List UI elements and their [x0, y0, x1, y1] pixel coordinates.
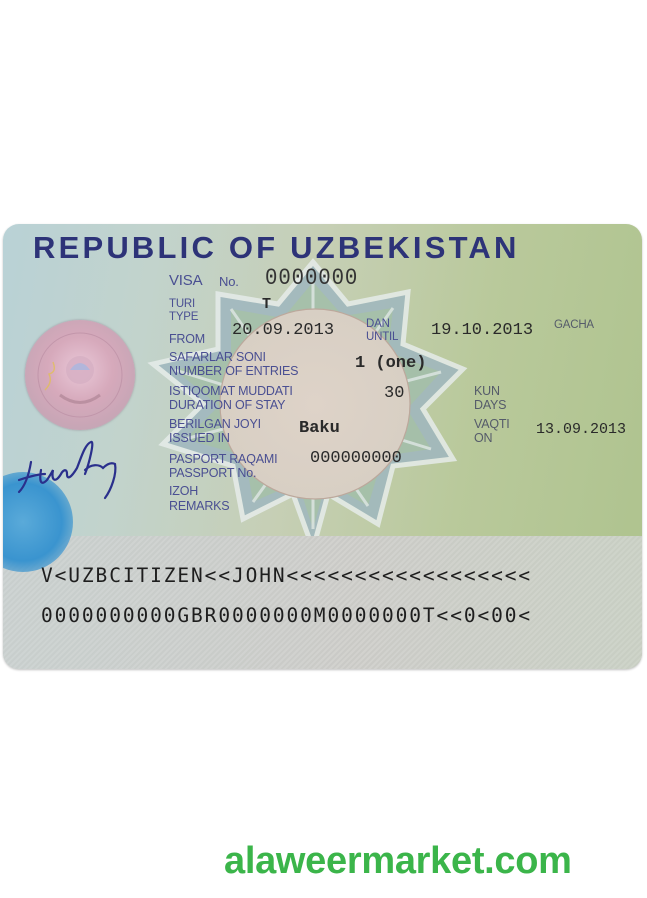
- passport-label-en: PASSPORT No.: [169, 466, 256, 480]
- visa-no-suffix: No.: [219, 275, 239, 289]
- visa-sticker: REPUBLIC OF UZBEKISTAN VISA No. 0000000 …: [3, 224, 642, 669]
- issued-in-value: Baku: [299, 419, 340, 438]
- entries-label-en: NUMBER OF ENTRIES: [169, 364, 298, 378]
- issued-in-label-en: ISSUED IN: [169, 431, 230, 445]
- duration-unit-en: DAYS: [474, 398, 506, 412]
- visa-number: 0000000: [265, 265, 358, 291]
- remarks-label-uz: IZOH: [169, 484, 198, 498]
- remarks-label-en: REMARKS: [169, 499, 229, 513]
- hologram-seal-icon: [25, 320, 135, 430]
- passport-label-uz: PASPORT RAQAMI: [169, 452, 277, 466]
- until-date: 19.10.2013: [431, 321, 533, 340]
- type-label-en: TYPE: [169, 310, 198, 324]
- duration-unit-uz: KUN: [474, 384, 500, 398]
- from-label: FROM: [169, 332, 205, 346]
- duration-label-uz: ISTIQOMAT MUDDATI: [169, 384, 293, 398]
- entries-label-uz: SAFARLAR SONI: [169, 350, 266, 364]
- entries-value: 1 (one): [355, 354, 426, 373]
- mrz-background: [3, 536, 642, 669]
- until-label-en: UNTIL: [366, 330, 398, 344]
- issued-on-label-uz: VAQTI: [474, 417, 510, 431]
- visa-no-label: VISA: [169, 274, 202, 288]
- issued-on-date: 13.09.2013: [536, 421, 626, 438]
- duration-label-en: DURATION OF STAY: [169, 398, 285, 412]
- country-title: REPUBLIC OF UZBEKISTAN: [33, 230, 520, 266]
- type-label-uz: TURI: [169, 297, 195, 311]
- from-date: 20.09.2013: [232, 321, 334, 340]
- duration-value: 30: [384, 384, 404, 403]
- until-label-uz: DAN: [366, 317, 390, 331]
- until-suffix: GACHA: [554, 318, 594, 332]
- watermark-text: alaweermarket.com: [224, 840, 572, 883]
- mrz-line-2: 0000000000GBR0000000M0000000T<<0<00<: [41, 604, 532, 627]
- issued-in-label-uz: BERILGAN JOYI: [169, 417, 261, 431]
- type-value: T: [262, 296, 271, 313]
- signature-icon: [11, 434, 151, 504]
- mrz-line-1: V<UZBCITIZEN<<JOHN<<<<<<<<<<<<<<<<<<: [41, 564, 532, 587]
- issued-on-label-en: ON: [474, 431, 492, 445]
- passport-number: 000000000: [310, 449, 402, 468]
